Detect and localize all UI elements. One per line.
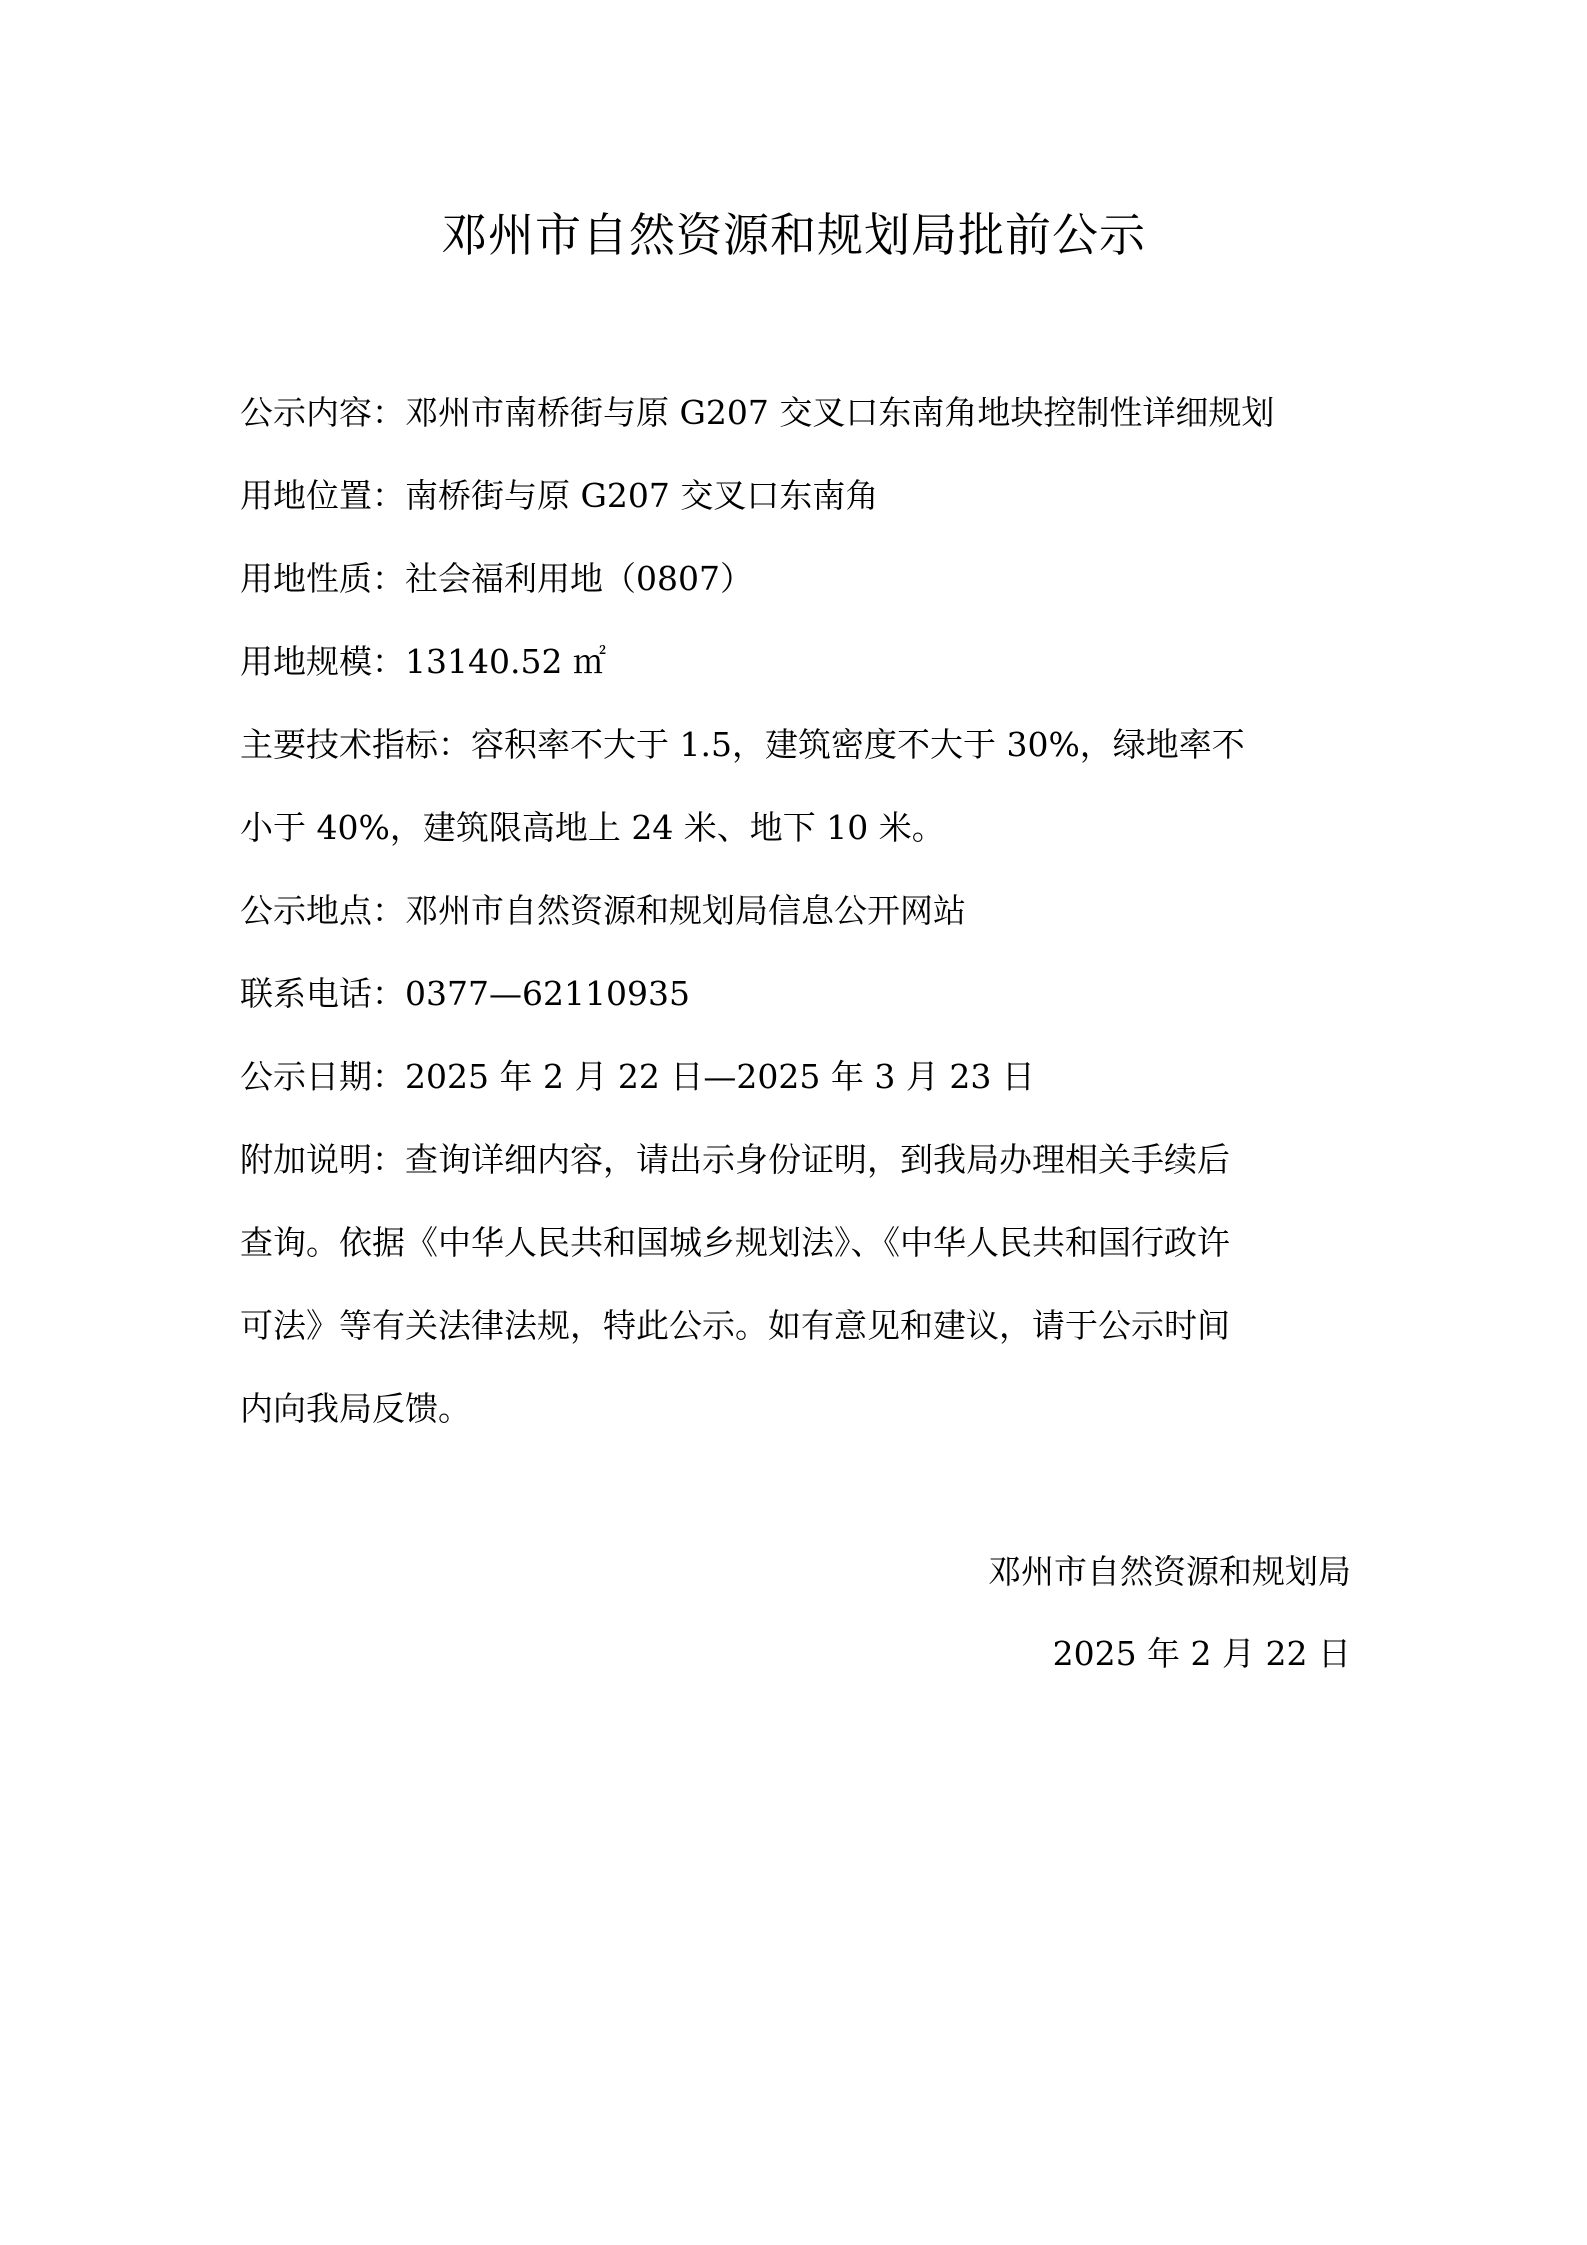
field-label: 联系电话：: [240, 974, 405, 1013]
field-value: 查询详细内容，请出示身份证明，到我局办理相关手续后: [405, 1140, 1230, 1179]
field-value: 2025 年 2 月 22 日—2025 年 3 月 23 日: [405, 1057, 1035, 1096]
field-label: 用地性质：: [240, 559, 405, 598]
field-value: 邓州市自然资源和规划局信息公开网站: [405, 891, 966, 930]
field-value: 小于 40%，建筑限高地上 24 米、地下 10 米。: [240, 808, 945, 847]
document-page: 邓州市自然资源和规划局批前公示 公示内容：邓州市南桥街与原 G207 交叉口东南…: [0, 0, 1587, 2245]
field-value: 邓州市南桥街与原 G207 交叉口东南角地块控制性详细规划: [405, 393, 1274, 432]
field-publicity-place: 公示地点：邓州市自然资源和规划局信息公开网站: [240, 869, 1352, 952]
field-value: 容积率不大于 1.5，建筑密度不大于 30%，绿地率不: [471, 725, 1245, 764]
field-label: 公示日期：: [240, 1057, 405, 1096]
field-value: 查询。依据《中华人民共和国城乡规划法》、《中华人民共和国行政许: [240, 1223, 1230, 1262]
field-value: 0377—62110935: [405, 974, 690, 1013]
field-value: 南桥街与原 G207 交叉口东南角: [405, 476, 878, 515]
field-value: 社会福利用地（0807）: [405, 559, 753, 598]
field-note-continued: 内向我局反馈。: [240, 1367, 1352, 1450]
field-indicators-continued: 小于 40%，建筑限高地上 24 米、地下 10 米。: [240, 786, 1352, 869]
field-value: 13140.52 ㎡: [405, 642, 606, 681]
field-content: 公示内容：邓州市南桥街与原 G207 交叉口东南角地块控制性详细规划: [240, 371, 1352, 454]
field-label: 公示内容：: [240, 393, 405, 432]
field-value: 可法》等有关法律法规，特此公示。如有意见和建议，请于公示时间: [240, 1306, 1230, 1345]
field-location: 用地位置：南桥街与原 G207 交叉口东南角: [240, 454, 1352, 537]
field-label: 主要技术指标：: [240, 725, 471, 764]
signature-block: 邓州市自然资源和规划局 2025 年 2 月 22 日: [988, 1531, 1351, 1695]
field-label: 公示地点：: [240, 891, 405, 930]
field-value: 内向我局反馈。: [240, 1389, 471, 1428]
field-note-continued: 查询。依据《中华人民共和国城乡规划法》、《中华人民共和国行政许: [240, 1201, 1352, 1284]
field-note: 附加说明：查询详细内容，请出示身份证明，到我局办理相关手续后: [240, 1118, 1352, 1201]
field-land-area: 用地规模：13140.52 ㎡: [240, 620, 1352, 703]
document-title: 邓州市自然资源和规划局批前公示: [0, 200, 1587, 270]
field-label: 用地规模：: [240, 642, 405, 681]
document-body: 公示内容：邓州市南桥街与原 G207 交叉口东南角地块控制性详细规划 用地位置：…: [240, 371, 1352, 1450]
field-phone: 联系电话：0377—62110935: [240, 952, 1352, 1035]
signature-date: 2025 年 2 月 22 日: [988, 1613, 1351, 1695]
signature-organization: 邓州市自然资源和规划局: [988, 1531, 1351, 1613]
field-label: 附加说明：: [240, 1140, 405, 1179]
field-label: 用地位置：: [240, 476, 405, 515]
field-note-continued: 可法》等有关法律法规，特此公示。如有意见和建议，请于公示时间: [240, 1284, 1352, 1367]
field-land-use: 用地性质：社会福利用地（0807）: [240, 537, 1352, 620]
field-indicators: 主要技术指标：容积率不大于 1.5，建筑密度不大于 30%，绿地率不: [240, 703, 1352, 786]
field-publicity-date: 公示日期：2025 年 2 月 22 日—2025 年 3 月 23 日: [240, 1035, 1352, 1118]
